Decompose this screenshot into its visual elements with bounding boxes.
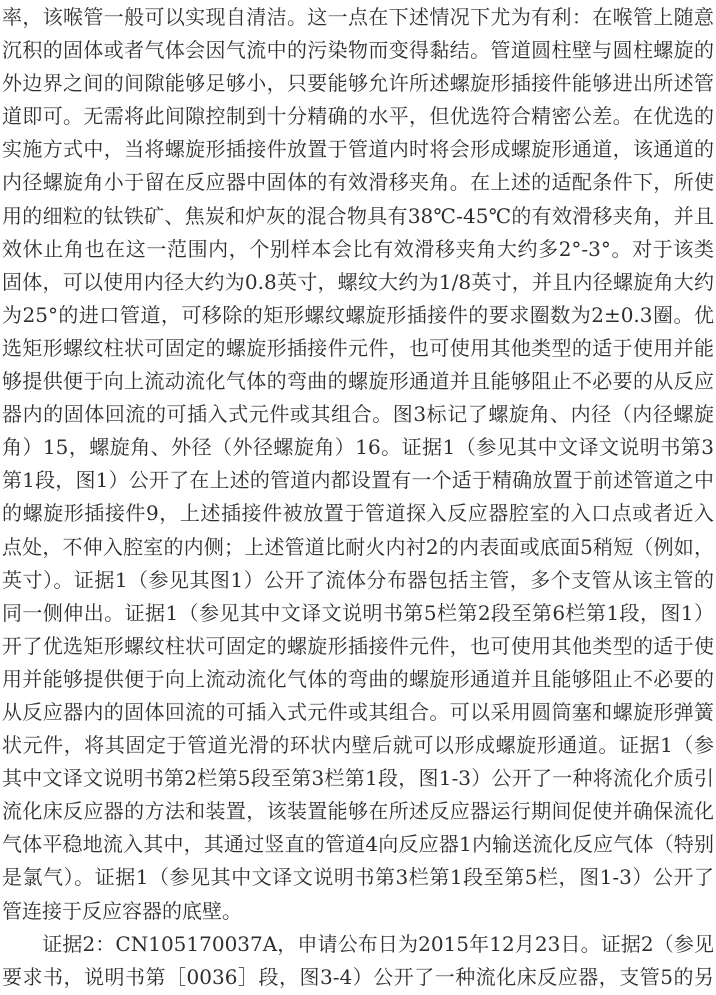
text-line-paragraph-start: 证据2：CN105170037A，申请公布日为2015年12月23日。证据2（参… bbox=[2, 928, 714, 961]
text-line: 率，该喉管一般可以实现自清洁。这一点在下述情况下尤为有利：在喉管上随意 bbox=[2, 1, 714, 34]
text-line: 其中文译文说明书第2栏第5段至第3栏第1段，图1-3）公开了一种将流化介质引入 bbox=[2, 762, 714, 795]
text-line: 沉积的固体或者气体会因气流中的污染物而变得黏结。管道圆柱壁与圆柱螺旋的 bbox=[2, 34, 714, 67]
text-line: 道即可。无需将此间隙控制到十分精确的水平，但优选符合精密公差。在优选的 bbox=[2, 100, 714, 133]
text-line: 器内的固体回流的可插入式元件或其组合。图3标记了螺旋角、内径（内径螺旋 bbox=[2, 398, 714, 431]
text-line: 角）15，螺旋角、外径（外径螺旋角）16。证据1（参见其中文译文说明书第3栏 bbox=[2, 431, 714, 464]
text-line: 气体平稳地流入其中，其通过竖直的管道4向反应器1内输送流化反应气体（特别 bbox=[2, 828, 714, 861]
text-line: 要求书，说明书第［0036］段，图3-4）公开了一种流化床反应器，支管5的另一 bbox=[2, 961, 714, 994]
text-line: 从反应器内的固体回流的可插入式元件或其组合。可以采用圆筒塞和螺旋形弹簧 bbox=[2, 696, 714, 729]
text-line: 选矩形螺纹柱状可固定的螺旋形插接件元件，也可使用其他类型的适于使用并能 bbox=[2, 332, 714, 365]
text-line: 外边界之间的间隙能够足够小，只要能够允许所述螺旋形插接件能够进出所述管 bbox=[2, 67, 714, 100]
document-viewport: { "colors": { "background": "#ffffff", "… bbox=[0, 0, 716, 995]
text-line: 流化床反应器的方法和装置，该装置能够在所述反应器运行期间促使并确保流化 bbox=[2, 795, 714, 828]
text-line: 为25°的进口管道，可移除的矩形螺纹螺旋形插接件的要求圈数为2±0.3圈。优 bbox=[2, 299, 714, 332]
text-line: 状元件，将其固定于管道光滑的环状内壁后就可以形成螺旋形通道。证据1（参见 bbox=[2, 729, 714, 762]
text-line: 用并能够提供便于向上流动流化气体的弯曲的螺旋形通道并且能够阻止不必要的 bbox=[2, 663, 714, 696]
text-line: 是氯气）。证据1（参见其中文译文说明书第3栏第1段至第5栏，图1-3）公开了支 bbox=[2, 861, 714, 894]
text-line: 效休止角也在这一范围内，个别样本会比有效滑移夹角大约多2°-3°。对于该类 bbox=[2, 233, 714, 266]
document-page: 率，该喉管一般可以实现自清洁。这一点在下述情况下尤为有利：在喉管上随意 沉积的固… bbox=[0, 0, 716, 995]
text-line: 点处，不伸入腔室的内侧；上述管道比耐火内衬2的内表面或底面5稍短（例如，3 bbox=[2, 531, 714, 564]
text-line: 英寸）。证据1（参见其图1）公开了流体分布器包括主管，多个支管从该主管的 bbox=[2, 564, 714, 597]
text-line-paragraph-end: 管连接于反应容器的底壁。 bbox=[2, 895, 714, 928]
text-line: 第1段，图1）公开了在上述的管道内都设置有一个适于精确放置于前述管道之中 bbox=[2, 464, 714, 497]
text-line: 用的细粒的钛铁矿、焦炭和炉灰的混合物具有38℃-45℃的有效滑移夹角，并且有 bbox=[2, 200, 714, 233]
text-line: 同一侧伸出。证据1（参见其中文译文说明书第5栏第2段至第6栏第1段，图1）公 bbox=[2, 597, 714, 630]
text-line: 的螺旋形插接件9，上述插接件被放置于管道探入反应器腔室的入口点或者近入口 bbox=[2, 497, 714, 530]
text-line: 内径螺旋角小于留在反应器中固体的有效滑移夹角。在上述的适配条件下，所使 bbox=[2, 166, 714, 199]
text-line: 开了优选矩形螺纹柱状可固定的螺旋形插接件元件，也可使用其他类型的适于使 bbox=[2, 630, 714, 663]
text-line: 固体，可以使用内径大约为0.8英寸，螺纹大约为1/8英寸，并且内径螺旋角大约 bbox=[2, 266, 714, 299]
text-line: 实施方式中，当将螺旋形插接件放置于管道内时将会形成螺旋形通道，该通道的 bbox=[2, 133, 714, 166]
text-line: 够提供便于向上流动流化气体的弯曲的螺旋形通道并且能够阻止不必要的从反应 bbox=[2, 365, 714, 398]
